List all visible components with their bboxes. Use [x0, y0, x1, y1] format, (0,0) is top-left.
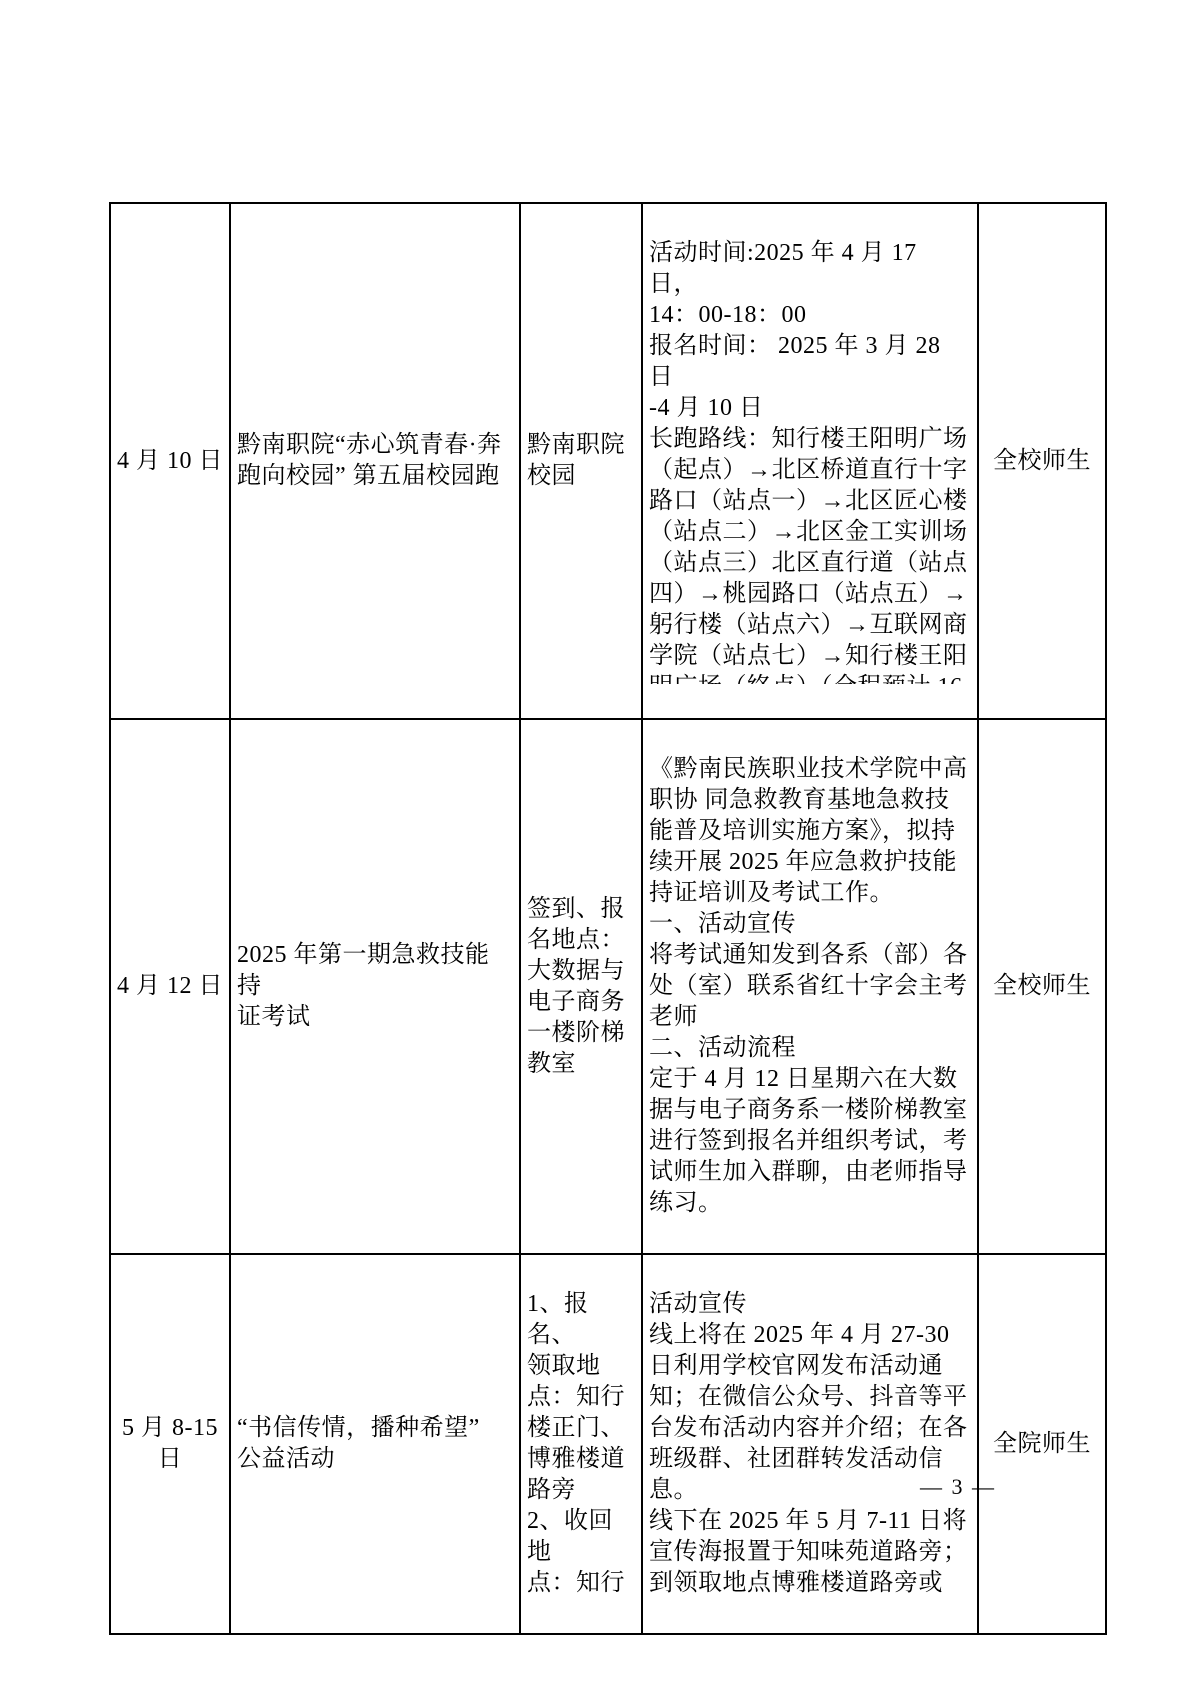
details-cell: 活动时间:2025 年 4 月 17 日， 14：00-18：00 报名时间： … — [642, 203, 978, 719]
date-cell: 5 月 8-15 日 — [110, 1254, 230, 1634]
date-cell: 4 月 12 日 — [110, 719, 230, 1254]
date-cell: 4 月 10 日 — [110, 203, 230, 719]
details-text: 活动宣传 线上将在 2025 年 4 月 27-30 日利用学校官网发布活动通知… — [649, 1289, 971, 1599]
details-cell: 《黔南民族职业技术学院中高职协 同急救教育基地急救技能普及培训实施方案》，拟持续… — [642, 719, 978, 1254]
activity-cell: “书信传情，播种希望” 公益活动 — [230, 1254, 520, 1634]
document-page: 4 月 10 日 黔南职院“赤心筑青春·奔 跑向校园” 第五届校园跑 黔南职院 … — [0, 0, 1191, 1684]
activity-schedule-table: 4 月 10 日 黔南职院“赤心筑青春·奔 跑向校园” 第五届校园跑 黔南职院 … — [109, 202, 1107, 1635]
location-cell: 黔南职院 校园 — [520, 203, 642, 719]
activity-cell: 2025 年第一期急救技能持 证考试 — [230, 719, 520, 1254]
table-row: 5 月 8-15 日 “书信传情，播种希望” 公益活动 1、报名、 领取地 点：… — [110, 1254, 1106, 1634]
participants-cell: 全校师生 — [978, 203, 1106, 719]
location-cell: 1、报名、 领取地 点：知行 楼正门、 博雅楼道 路旁 2、收回地 点：知行 楼… — [520, 1254, 642, 1634]
page-number: — 3 — — [920, 1474, 996, 1500]
table-row: 4 月 12 日 2025 年第一期急救技能持 证考试 签到、报 名地点： 大数… — [110, 719, 1106, 1254]
location-text: 1、报名、 领取地 点：知行 楼正门、 博雅楼道 路旁 2、收回地 点：知行 楼… — [527, 1289, 635, 1599]
participants-cell: 全院师生 — [978, 1254, 1106, 1634]
activity-cell: 黔南职院“赤心筑青春·奔 跑向校园” 第五届校园跑 — [230, 203, 520, 719]
table-row: 4 月 10 日 黔南职院“赤心筑青春·奔 跑向校园” 第五届校园跑 黔南职院 … — [110, 203, 1106, 719]
location-cell: 签到、报 名地点： 大数据与 电子商务 一楼阶梯 教室 — [520, 719, 642, 1254]
details-text: 活动时间:2025 年 4 月 17 日， 14：00-18：00 报名时间： … — [649, 238, 971, 684]
participants-cell: 全校师生 — [978, 719, 1106, 1254]
details-text: 《黔南民族职业技术学院中高职协 同急救教育基地急救技能普及培训实施方案》，拟持续… — [649, 754, 971, 1219]
details-cell: 活动宣传 线上将在 2025 年 4 月 27-30 日利用学校官网发布活动通知… — [642, 1254, 978, 1634]
